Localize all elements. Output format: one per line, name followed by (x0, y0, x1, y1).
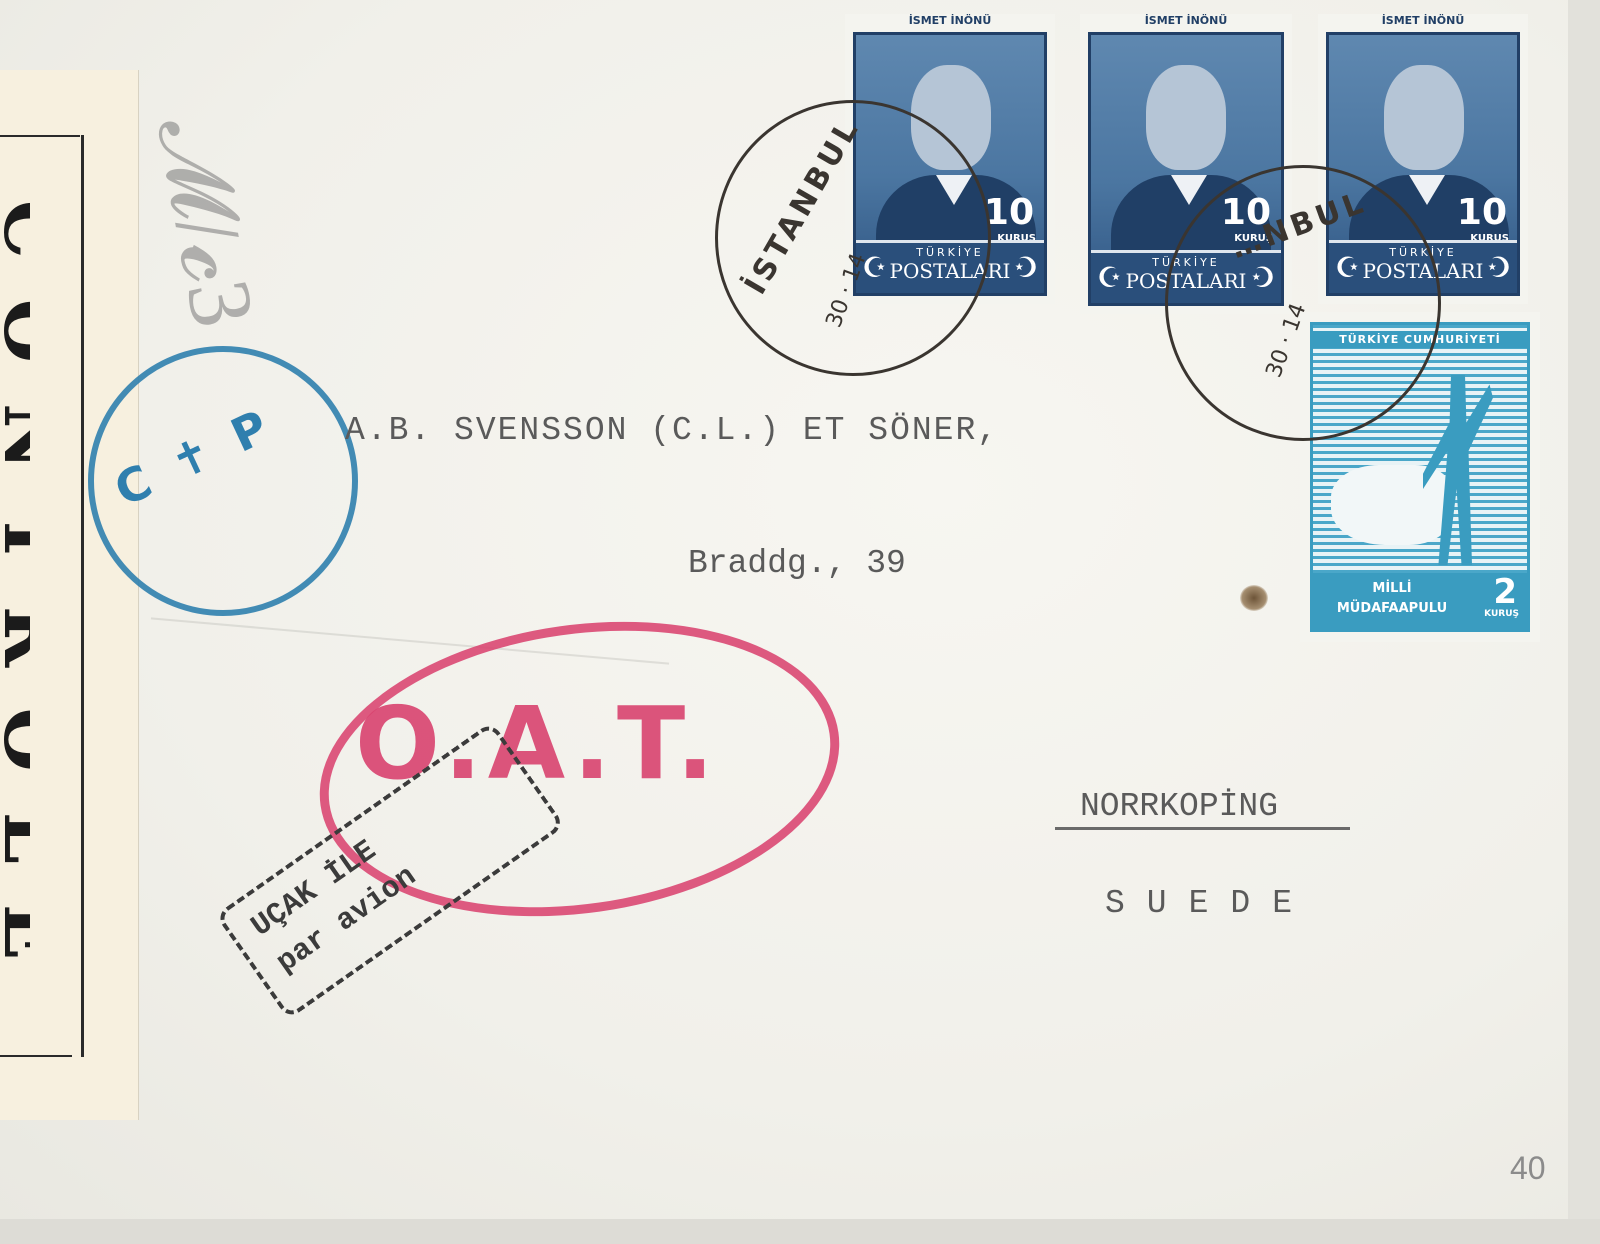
scan-background-right (1568, 0, 1600, 1244)
pencil-scribble: 𝓜/𝓬3 (136, 109, 275, 334)
airmail-label-text: UÇAK İLE par avion (243, 820, 426, 985)
recipient-city: NORRKOPİNG (1080, 788, 1278, 825)
stain (1240, 585, 1268, 611)
censor-tape: CONTROLE (0, 70, 138, 1120)
stamp-footer: MİLLİ MÜDAFAAPULU 2 KURUŞ (1313, 573, 1527, 629)
postmark-date: 30 · 14 (1262, 300, 1312, 381)
stamp-value: 10 (1457, 195, 1507, 231)
crescent-star-icon: ☪ (1486, 253, 1511, 283)
portrait-head (1384, 65, 1464, 170)
stamp-portrait-name: İSMET İNÖNÜ (845, 14, 1055, 27)
censor-label: CONTROLE (0, 100, 30, 1100)
city-underline (1055, 827, 1350, 830)
stamp-label: MİLLİ MÜDAFAAPULU (1317, 579, 1467, 619)
postmark-city: …NBUL (1226, 185, 1371, 266)
map-of-turkey-icon (1331, 465, 1451, 545)
recipient-street: Braddg., 39 (688, 545, 906, 582)
stamp-portrait-name: İSMET İNÖNÜ (1318, 14, 1528, 27)
censor-frame-right (81, 135, 84, 1057)
stamp-value: 10 (984, 195, 1034, 231)
recipient-country: SUEDE (1105, 885, 1314, 922)
stamp-portrait-name: İSMET İNÖNÜ (1080, 14, 1292, 27)
stamp-currency: KURUŞ (1484, 609, 1519, 619)
censor-text-clip: CONTROLE (0, 70, 30, 1120)
pencil-number: 40 (1510, 1150, 1546, 1187)
envelope: CONTROLE 𝓜/𝓬3 C ✝ P İSMET İNÖNÜ 10 KURUŞ… (0, 0, 1568, 1219)
scan-background-bottom (0, 1219, 1600, 1244)
crescent-star-icon: ☪ (1013, 253, 1038, 283)
postmark-istanbul: İSTANBUL 30 · 14 (715, 100, 991, 376)
portrait-head (1146, 65, 1226, 170)
postmark-date: 30 · 14 (822, 250, 872, 331)
stamp-value: 2 (1493, 573, 1517, 611)
recipient-name: A.B. SVENSSON (C.L.) ET SÖNER, (345, 412, 999, 449)
postmark-istanbul: …NBUL 30 · 14 (1165, 165, 1441, 441)
